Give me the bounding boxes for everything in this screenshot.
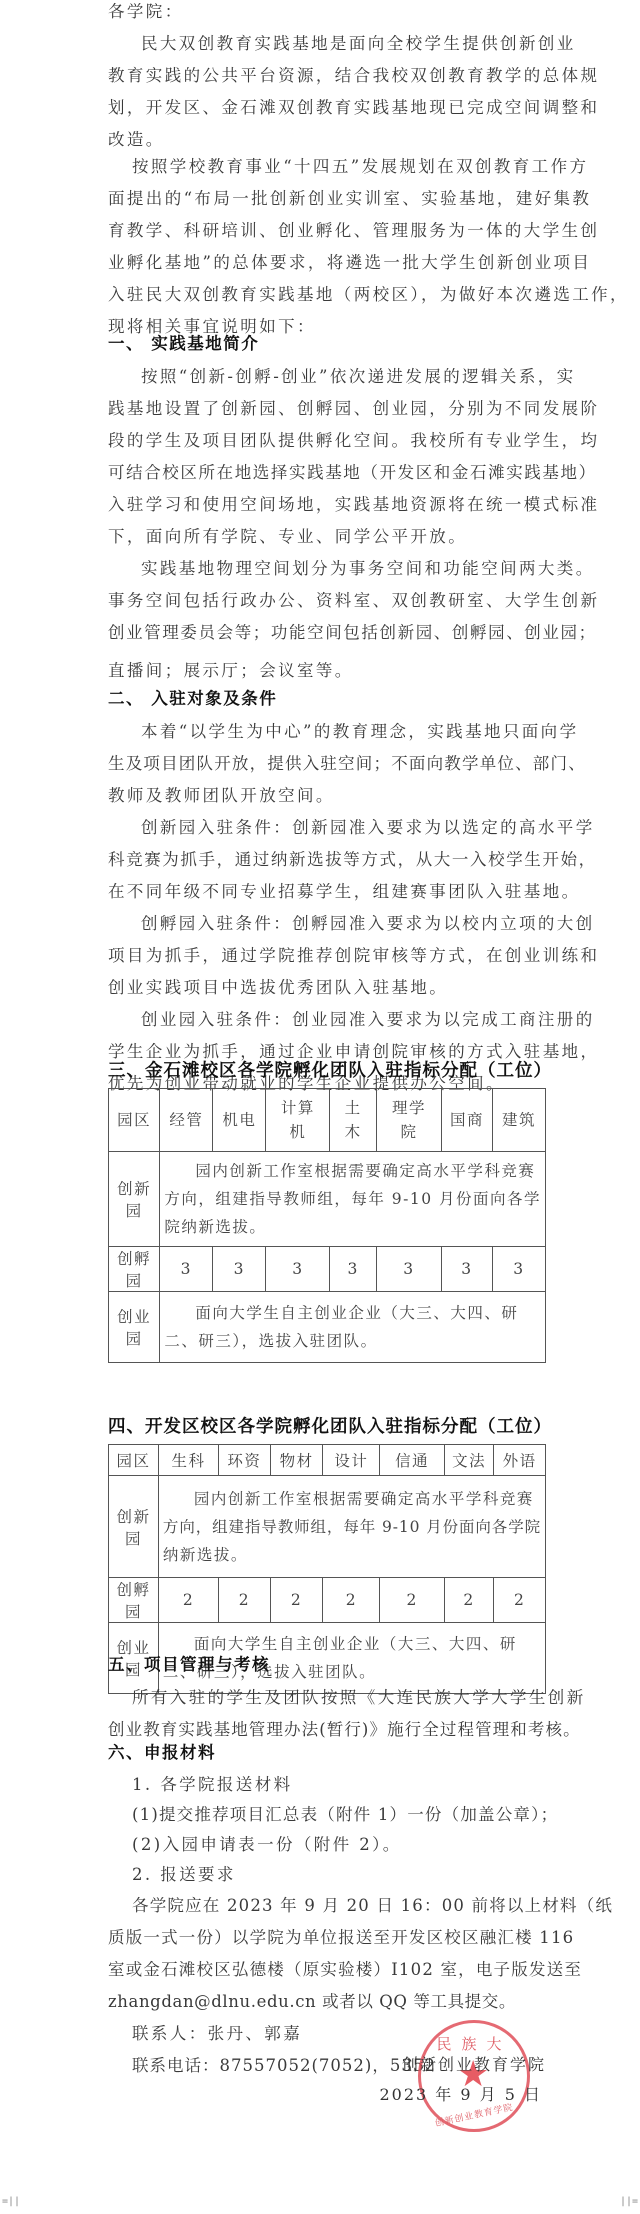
row-label: 创新园 [109, 1476, 159, 1578]
section-6: 六、申报材料 1. 各学院报送材料 (1)提交推荐项目汇总表（附件 1）一份（加… [108, 1736, 613, 2082]
header-cell: 生科 [158, 1445, 218, 1476]
table-heading-kaifaqu: 四、开发区校区各学院孵化团队入驻指标分配（工位） [108, 1410, 552, 1444]
official-seal-stamp: 民族大 ★ 创新创业教育学院 [418, 2020, 530, 2132]
header-cell: 国商 [442, 1089, 493, 1152]
header-cell: 经管 [160, 1089, 213, 1152]
signature-date: 2023 年 9 月 5 日 [379, 2082, 542, 2105]
table-heading-jinshitan: 三、金石滩校区各学院孵化团队入驻指标分配（工位） [108, 1054, 552, 1088]
header-cell: 机电 [213, 1089, 266, 1152]
signature-org: 创新创业教育学院 [402, 2052, 546, 2075]
table-row-chuangxin: 创新园 园内创新工作室根据需要确定高水平学科竞赛 方向，组建指导教师组，每年 9… [109, 1152, 546, 1247]
table-header-row: 园区 经管 机电 计算机 土木 理学院 国商 建筑 [109, 1089, 546, 1152]
header-cell: 信通 [380, 1445, 445, 1476]
corner-mark-right: ||= [620, 2196, 638, 2207]
salutation: 各学院： [108, 0, 184, 28]
section-1: 一、 实践基地简介 按照“创新-创孵-创业”依次递进发展的逻辑关系，实 践基地设… [108, 327, 599, 687]
row-description: 园内创新工作室根据需要确定高水平学科竞赛 方向，组建指导教师组，每年 9-10 … [158, 1476, 545, 1578]
row-label: 创孵园 [109, 1578, 159, 1623]
header-cell: 物材 [270, 1445, 323, 1476]
row-description: 面向大学生自主创业企业（大三、大四、研 二、研三），选拔入驻团队。 [160, 1292, 546, 1363]
table-row-chuangfu: 创孵园 3 3 3 3 3 3 3 [109, 1247, 546, 1292]
header-cell: 园区 [109, 1089, 160, 1152]
value-cell: 3 [492, 1247, 545, 1292]
row-label: 创新园 [109, 1152, 160, 1247]
value-cell: 2 [158, 1578, 218, 1623]
table-row-chuangxin: 创新园 园内创新工作室根据需要确定高水平学科竞赛 方向，组建指导教师组，每年 9… [109, 1476, 546, 1578]
intro-paragraph-2: 按照学校教育事业“十四五”发展规划在双创教育工作方 面提出的“布局一批创新创业实… [108, 151, 629, 343]
row-label: 创孵园 [109, 1247, 160, 1292]
table-row-chuangye: 创业园 面向大学生自主创业企业（大三、大四、研 二、研三），选拔入驻团队。 [109, 1292, 546, 1363]
value-cell: 3 [266, 1247, 330, 1292]
row-label: 创业园 [109, 1292, 160, 1363]
quota-table-jinshitan: 园区 经管 机电 计算机 土木 理学院 国商 建筑 创新园 园内创新工作室根据需… [108, 1088, 546, 1363]
header-cell: 土木 [330, 1089, 376, 1152]
header-cell: 园区 [109, 1445, 159, 1476]
section-5: 五、项目管理与考核 所有入驻的学生及团队按照《大连民族大学大学生创新 创业教育实… [108, 1648, 586, 1746]
corner-mark-left: =|| [2, 2196, 20, 2207]
value-cell: 2 [444, 1578, 493, 1623]
header-cell: 外语 [494, 1445, 546, 1476]
header-cell: 建筑 [492, 1089, 545, 1152]
section-heading-5: 五、项目管理与考核 [108, 1648, 586, 1682]
value-cell: 2 [219, 1578, 271, 1623]
header-cell: 环资 [219, 1445, 271, 1476]
contact-person: 联系人：张丹、郭嘉 [108, 2018, 613, 2050]
value-cell: 2 [270, 1578, 323, 1623]
section-heading-6: 六、申报材料 [108, 1736, 613, 1770]
section-2: 二、 入驻对象及条件 本着“以学生为中心”的教育理念，实践基地只面向学 生及项目… [108, 682, 599, 1100]
value-cell: 3 [213, 1247, 266, 1292]
section-3: 三、金石滩校区各学院孵化团队入驻指标分配（工位） 园区 经管 机电 计算机 土木… [108, 1054, 552, 1363]
value-cell: 3 [376, 1247, 441, 1292]
table-header-row: 园区 生科 环资 物材 设计 信通 文法 外语 [109, 1445, 546, 1476]
row-description: 园内创新工作室根据需要确定高水平学科竞赛 方向，组建指导教师组，每年 9-10 … [160, 1152, 546, 1247]
value-cell: 2 [323, 1578, 380, 1623]
table-row-chuangfu: 创孵园 2 2 2 2 2 2 2 [109, 1578, 546, 1623]
section-heading-2: 二、 入驻对象及条件 [108, 682, 599, 716]
value-cell: 3 [442, 1247, 493, 1292]
header-cell: 理学院 [376, 1089, 441, 1152]
header-cell: 设计 [323, 1445, 380, 1476]
value-cell: 2 [380, 1578, 445, 1623]
email-text: zhangdan@dlnu.edu.cn 或者以 QQ 等工具提交。 [108, 1986, 613, 2018]
section-heading-1: 一、 实践基地简介 [108, 327, 599, 361]
intro-paragraph-1: 民大双创教育实践基地是面向全校学生提供创新创业 教育实践的公共平台资源，结合我校… [108, 28, 599, 156]
value-cell: 3 [160, 1247, 213, 1292]
header-cell: 文法 [444, 1445, 493, 1476]
value-cell: 3 [330, 1247, 376, 1292]
header-cell: 计算机 [266, 1089, 330, 1152]
value-cell: 2 [494, 1578, 546, 1623]
